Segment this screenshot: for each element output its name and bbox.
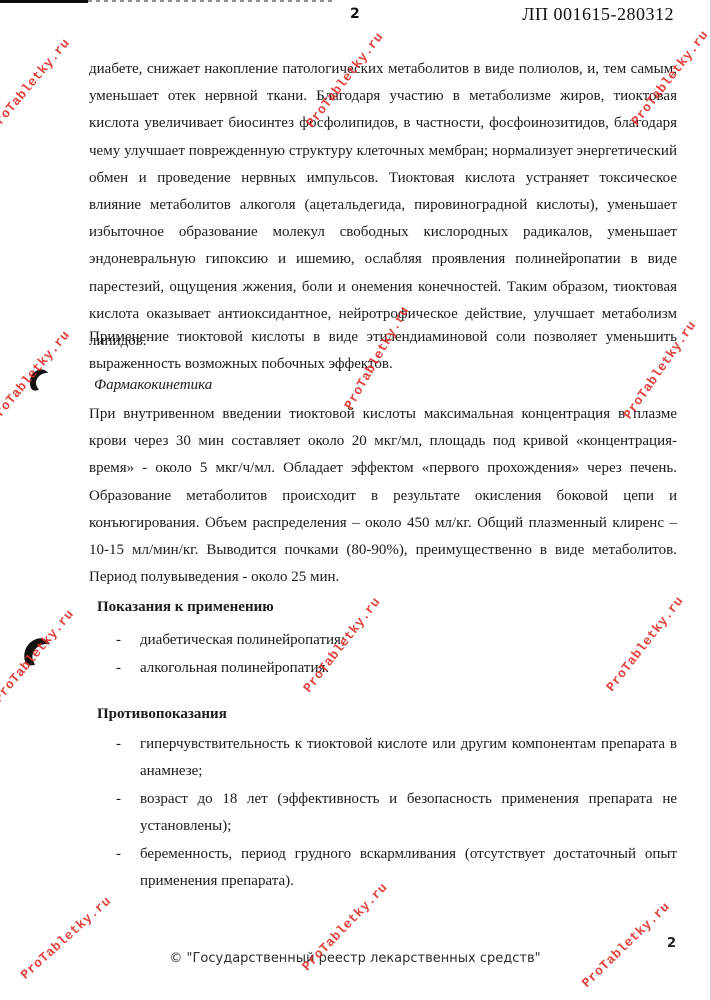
indications-heading: Показания к применению bbox=[89, 599, 685, 616]
contraindications-heading: Противопоказания bbox=[89, 706, 685, 723]
pharmacodynamics-paragraph: диабете, снижает накопление патологическ… bbox=[89, 56, 677, 355]
list-dash-marker: - bbox=[89, 654, 140, 682]
footer-copyright: © "Государственный реестр лекарственных … bbox=[0, 951, 710, 966]
pharmacokinetics-heading: Фармакокинетика bbox=[89, 377, 682, 394]
list-dash-marker: - bbox=[89, 841, 140, 868]
list-item-text: беременность, период грудного вскармлива… bbox=[140, 841, 677, 896]
list-item: - беременность, период грудного вскармли… bbox=[89, 841, 677, 896]
scan-artifact-dashes bbox=[88, 0, 333, 2]
contraindications-list: - гиперчувствительность к тиоктовой кисл… bbox=[89, 731, 677, 895]
scan-artifact-line bbox=[0, 0, 88, 3]
list-dash-marker: - bbox=[89, 786, 140, 813]
watermark-text: ProTabletky.ru bbox=[579, 899, 673, 991]
list-item-text: алкогольная полинейропатия. bbox=[140, 654, 677, 682]
list-item-text: гиперчувствительность к тиоктовой кислот… bbox=[140, 731, 677, 786]
list-dash-marker: - bbox=[89, 731, 140, 758]
ethylenediamine-salt-paragraph: Применение тиоктовой кислоты в виде этил… bbox=[89, 324, 677, 378]
header-page-number: 2 bbox=[350, 6, 360, 22]
list-item-text: возраст до 18 лет (эффективность и безоп… bbox=[140, 786, 677, 841]
watermark-text: ProTabletky.ru bbox=[18, 894, 114, 983]
list-item: - диабетическая полинейропатия; bbox=[89, 626, 677, 654]
ink-blot-icon bbox=[28, 368, 50, 392]
list-item: - алкогольная полинейропатия. bbox=[89, 654, 677, 682]
indications-list: - диабетическая полинейропатия; - алкого… bbox=[89, 626, 677, 682]
list-dash-marker: - bbox=[89, 626, 140, 654]
watermark-text: ProTabletky.ru bbox=[0, 36, 73, 135]
ink-blot-icon bbox=[20, 634, 54, 670]
list-item: - гиперчувствительность к тиоктовой кисл… bbox=[89, 731, 677, 786]
scanned-document-page: 2 ЛП 001615-280312 ProTabletky.ru ProTab… bbox=[0, 0, 711, 1000]
list-item: - возраст до 18 лет (эффективность и без… bbox=[89, 786, 677, 841]
registration-number: ЛП 001615-280312 bbox=[522, 4, 674, 25]
footer-page-number: 2 bbox=[667, 936, 676, 951]
list-item-text: диабетическая полинейропатия; bbox=[140, 626, 677, 654]
pharmacokinetics-paragraph: При внутривенном введении тиоктовой кисл… bbox=[89, 401, 677, 591]
